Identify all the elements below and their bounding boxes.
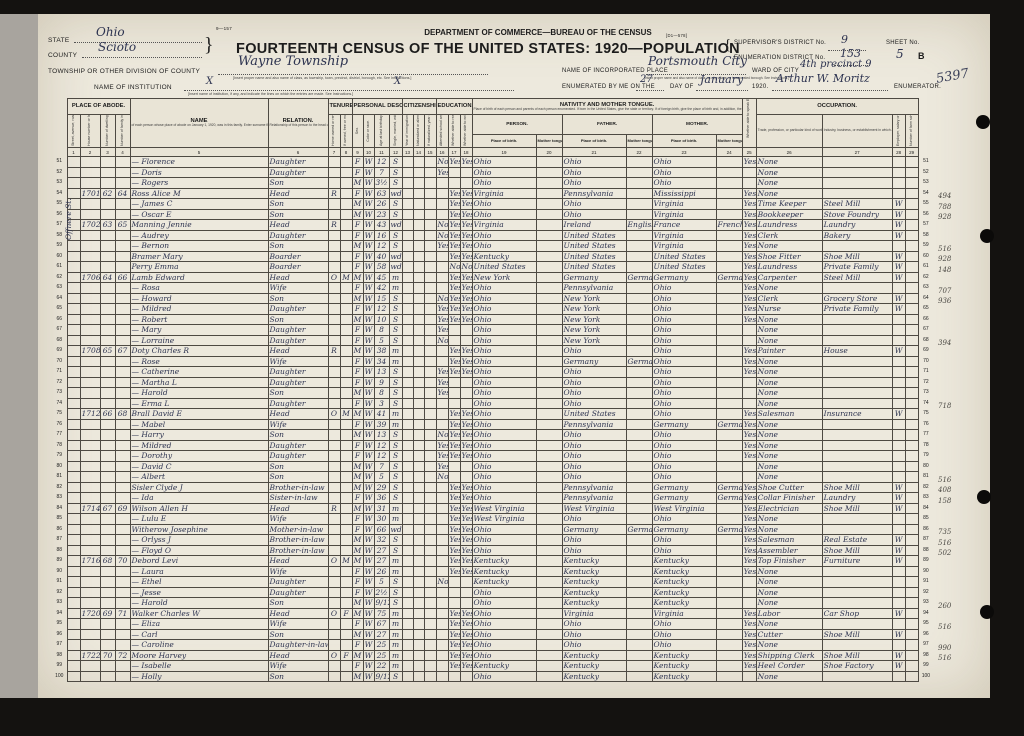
- cell-rel: Son: [268, 629, 328, 640]
- cell-sch: [436, 251, 448, 262]
- cell-mm: [716, 398, 742, 409]
- cell-sx: M: [352, 472, 363, 483]
- cell-mm: [716, 587, 742, 598]
- cell-cl: W: [363, 325, 374, 336]
- cell-ms: m: [389, 566, 402, 577]
- cell-pb: Virginia: [472, 188, 536, 199]
- cell-age: 12: [374, 440, 389, 451]
- cell-f: 66: [115, 272, 130, 283]
- cell-o: [328, 314, 340, 325]
- cell-mo: [340, 251, 352, 262]
- cell-st: [67, 535, 80, 546]
- cell-pb: Ohio: [472, 157, 536, 168]
- cell-ms: S: [389, 293, 402, 304]
- cell-fm: [626, 608, 652, 619]
- corner-right: [918, 99, 933, 157]
- cell-ms: S: [389, 545, 402, 556]
- cell-ms: S: [389, 388, 402, 399]
- cell-mm: [716, 461, 742, 472]
- cell-mm: German: [716, 493, 742, 504]
- cell-rel: Son: [268, 388, 328, 399]
- cell-fb: Kentucky: [562, 661, 626, 672]
- cell-st: [67, 556, 80, 567]
- cell-age: 13: [374, 367, 389, 378]
- cell-mb: Ohio: [652, 346, 716, 357]
- cell-sx: M: [352, 503, 363, 514]
- cell-pb: Ohio: [472, 419, 536, 430]
- cell-ny: [424, 346, 436, 357]
- cell-name: — Robert: [130, 314, 268, 325]
- col-age-header: Age at last birthday.: [374, 115, 389, 148]
- cell-ms: S: [389, 304, 402, 315]
- cell-cl: W: [363, 661, 374, 672]
- cell-oc: None: [756, 461, 822, 472]
- cell-rd: Yes: [448, 188, 460, 199]
- cell-ms: S: [389, 451, 402, 462]
- column-number: 10: [363, 148, 374, 157]
- cell-wr: Yes: [460, 503, 472, 514]
- cell-fm: [626, 493, 652, 504]
- cell-sx: M: [352, 671, 363, 682]
- cell-wr: Yes: [460, 419, 472, 430]
- enumerated-day: 27: [640, 74, 653, 85]
- cell-oc: Labor: [756, 608, 822, 619]
- cell-st: [67, 262, 80, 273]
- table-row: 6917086567Doty Charles RHeadRMW38mYesYes…: [52, 346, 933, 357]
- cell-o: [328, 440, 340, 451]
- cell-ny: [424, 377, 436, 388]
- group-mother: MOTHER.: [652, 115, 742, 135]
- cell-h: [80, 209, 100, 220]
- cell-name: — Erma L: [130, 398, 268, 409]
- row-number: 67: [918, 325, 933, 336]
- cell-wr: Yes: [460, 482, 472, 493]
- cell-age: 3: [374, 398, 389, 409]
- cell-name: — Isabelle: [130, 661, 268, 672]
- row-number: 83: [52, 493, 67, 504]
- cell-fm: [626, 629, 652, 640]
- cell-cl: W: [363, 451, 374, 462]
- cell-age: 22: [374, 661, 389, 672]
- cell-em: W: [892, 230, 905, 241]
- cell-f: [115, 671, 130, 682]
- cell-rel: Boarder: [268, 251, 328, 262]
- cell-mt: [536, 335, 562, 346]
- cell-en: Yes: [742, 661, 756, 672]
- cell-f: [115, 377, 130, 388]
- cell-sx: M: [352, 545, 363, 556]
- cell-pb: Ohio: [472, 619, 536, 630]
- cell-mt: [536, 514, 562, 525]
- cell-sx: F: [352, 304, 363, 315]
- cell-na: [413, 388, 424, 399]
- cell-name: — Caroline: [130, 640, 268, 651]
- column-number: 3: [100, 148, 115, 157]
- cell-h: [80, 619, 100, 630]
- cell-pb: Ohio: [472, 587, 536, 598]
- cell-h: 1722: [80, 650, 100, 661]
- group-nativity: NATIVITY AND MOTHER TONGUE. Place of bir…: [472, 99, 742, 115]
- cell-pb: Ohio: [472, 346, 536, 357]
- cell-ms: S: [389, 440, 402, 451]
- cell-na: [413, 157, 424, 168]
- cell-h: [80, 493, 100, 504]
- cell-h: 1701: [80, 188, 100, 199]
- cell-rd: [448, 671, 460, 682]
- cell-name: — Howard: [130, 293, 268, 304]
- row-number: 78: [52, 440, 67, 451]
- cell-f: [115, 482, 130, 493]
- row-number: 88: [52, 545, 67, 556]
- cell-sx: F: [352, 230, 363, 241]
- row-number: 68: [52, 335, 67, 346]
- cell-fm: [626, 230, 652, 241]
- cell-pb: Kentucky: [472, 661, 536, 672]
- cell-em: W: [892, 262, 905, 273]
- cell-wr: Yes: [460, 619, 472, 630]
- row-number: 76: [52, 419, 67, 430]
- cell-sch: [436, 419, 448, 430]
- cell-mo: [340, 335, 352, 346]
- cell-d: [100, 493, 115, 504]
- cell-mt: [536, 314, 562, 325]
- cell-st: [67, 377, 80, 388]
- cell-f: 67: [115, 346, 130, 357]
- cell-mt: [536, 167, 562, 178]
- cell-mt: [536, 398, 562, 409]
- cell-fs: [905, 251, 918, 262]
- cell-wr: Yes: [460, 566, 472, 577]
- state-line: [74, 32, 202, 43]
- cell-ny: [424, 241, 436, 252]
- cell-cl: W: [363, 545, 374, 556]
- cell-fm: [626, 325, 652, 336]
- cell-fs: [905, 220, 918, 231]
- cell-ny: [424, 262, 436, 273]
- cell-mo: [340, 388, 352, 399]
- col-school-header: Attended school any time since Sept. 1, …: [436, 115, 448, 148]
- cell-st: [67, 514, 80, 525]
- table-row: 5417016264Ross Alice MHeadRFW63wdYesYesV…: [52, 188, 933, 199]
- cell-fm: [626, 587, 652, 598]
- institution-note: [Insert name of institution, if any, and…: [188, 92, 353, 96]
- cell-mm: [716, 367, 742, 378]
- row-number: 84: [52, 503, 67, 514]
- cell-fb: United States: [562, 262, 626, 273]
- table-row: 6217066466Lamb EdwardHeadOMMW45mYesYesNe…: [52, 272, 933, 283]
- cell-oc: None: [756, 524, 822, 535]
- cell-en: [742, 388, 756, 399]
- cell-rd: Yes: [448, 209, 460, 220]
- cell-mo: [340, 178, 352, 189]
- column-number: 2: [80, 148, 100, 157]
- cell-ny: [424, 545, 436, 556]
- cell-mt: [536, 409, 562, 420]
- cell-cl: W: [363, 377, 374, 388]
- cell-sx: M: [352, 629, 363, 640]
- table-row: 51— FlorenceDaughterFW12SNoYesYesOhioOhi…: [52, 157, 933, 168]
- person-pob-header: Place of birth.: [472, 134, 536, 147]
- row-number: 90: [918, 566, 933, 577]
- cell-st: [67, 419, 80, 430]
- cell-fm: [626, 209, 652, 220]
- institution-label: NAME OF INSTITUTION: [94, 84, 172, 91]
- cell-fs: [905, 398, 918, 409]
- row-number: 95: [918, 619, 933, 630]
- cell-d: [100, 293, 115, 304]
- cell-fm: [626, 440, 652, 451]
- cell-o: [328, 514, 340, 525]
- cell-rd: [448, 398, 460, 409]
- cell-em: [892, 314, 905, 325]
- column-number: 17: [448, 148, 460, 157]
- cell-f: 71: [115, 608, 130, 619]
- row-number: 96: [918, 629, 933, 640]
- cell-na: [413, 650, 424, 661]
- cell-ms: m: [389, 283, 402, 294]
- cell-o: [328, 283, 340, 294]
- cell-fb: Ohio: [562, 199, 626, 210]
- cell-o: O: [328, 272, 340, 283]
- cell-na: [413, 556, 424, 567]
- cell-mo: [340, 587, 352, 598]
- district-brace: {: [724, 37, 731, 54]
- cell-ind: Stove Foundry: [822, 209, 892, 220]
- col-relation-header: RELATION. Relationship of this person to…: [268, 99, 328, 148]
- column-number: 27: [822, 148, 892, 157]
- cell-rd: Yes: [448, 241, 460, 252]
- cell-sch: [436, 503, 448, 514]
- cell-fb: United States: [562, 409, 626, 420]
- cell-wr: Yes: [460, 367, 472, 378]
- cell-f: [115, 493, 130, 504]
- cell-oc: None: [756, 188, 822, 199]
- cell-d: [100, 461, 115, 472]
- cell-ms: S: [389, 598, 402, 609]
- row-number: 99: [918, 661, 933, 672]
- doc-code: [D1—578]: [666, 33, 687, 38]
- cell-ms: m: [389, 346, 402, 357]
- cell-ind: [822, 167, 892, 178]
- cell-fs: [905, 650, 918, 661]
- state-label: STATE: [48, 37, 69, 44]
- cell-ms: m: [389, 661, 402, 672]
- enumerator-label: ENUMERATOR.: [894, 84, 941, 90]
- cell-oc: None: [756, 587, 822, 598]
- cell-em: [892, 566, 905, 577]
- cell-st: [67, 293, 80, 304]
- cell-name: — Rosa: [130, 283, 268, 294]
- cell-h: [80, 440, 100, 451]
- cell-oc: None: [756, 167, 822, 178]
- cell-mo: [340, 430, 352, 441]
- cell-sch: [436, 398, 448, 409]
- cell-ny: [424, 230, 436, 241]
- table-row: 88— Floyd OBrother-in-lawMW27SYesYesOhio…: [52, 545, 933, 556]
- cell-na: [413, 220, 424, 231]
- cell-mm: [716, 346, 742, 357]
- cell-fb: Pennsylvania: [562, 188, 626, 199]
- cell-h: [80, 262, 100, 273]
- cell-h: 1712: [80, 409, 100, 420]
- cell-fm: [626, 482, 652, 493]
- cell-ny: [424, 671, 436, 682]
- department-line: DEPARTMENT OF COMMERCE—BUREAU OF THE CEN…: [358, 28, 718, 37]
- cell-en: Yes: [742, 629, 756, 640]
- cell-ny: [424, 566, 436, 577]
- cell-ms: m: [389, 419, 402, 430]
- cell-ny: [424, 419, 436, 430]
- cell-age: 15: [374, 293, 389, 304]
- cell-ind: Furniture: [822, 556, 892, 567]
- table-row: 9417206971Walker Charles WHeadOFMW75mYes…: [52, 608, 933, 619]
- cell-name: — Albert: [130, 472, 268, 483]
- margin-number: 707: [938, 287, 951, 295]
- cell-mo: [340, 293, 352, 304]
- cell-sx: F: [352, 587, 363, 598]
- group-father: FATHER.: [562, 115, 652, 135]
- cell-im: [402, 514, 413, 525]
- table-row: 64— HowardSonMW15SNoYesYesOhioNew YorkOh…: [52, 293, 933, 304]
- row-number: 76: [918, 419, 933, 430]
- cell-fm: [626, 671, 652, 682]
- cell-age: 8: [374, 388, 389, 399]
- cell-rd: [448, 377, 460, 388]
- cell-im: [402, 157, 413, 168]
- cell-mt: [536, 608, 562, 619]
- cell-sx: M: [352, 209, 363, 220]
- cell-st: [67, 545, 80, 556]
- cell-d: [100, 661, 115, 672]
- cell-mb: Kentucky: [652, 661, 716, 672]
- cell-fb: Ohio: [562, 545, 626, 556]
- cell-d: 62: [100, 188, 115, 199]
- cell-o: [328, 419, 340, 430]
- cell-h: [80, 461, 100, 472]
- cell-age: 32: [374, 535, 389, 546]
- cell-name: Doty Charles R: [130, 346, 268, 357]
- cell-mm: [716, 566, 742, 577]
- cell-mt: [536, 661, 562, 672]
- cell-sx: F: [352, 493, 363, 504]
- film-edge-right: [990, 14, 1024, 698]
- cell-oc: None: [756, 283, 822, 294]
- cell-rel: Wife: [268, 661, 328, 672]
- cell-ms: m: [389, 514, 402, 525]
- cell-d: [100, 157, 115, 168]
- cell-im: [402, 472, 413, 483]
- table-row: 99— IsabelleWifeFW22mYesYesKentuckyKentu…: [52, 661, 933, 672]
- cell-wr: Yes: [460, 251, 472, 262]
- cell-age: 67: [374, 619, 389, 630]
- table-row: 61Perry EmmaBoarderFW58wdNoNoUnited Stat…: [52, 262, 933, 273]
- cell-age: 5: [374, 577, 389, 588]
- cell-en: Yes: [742, 314, 756, 325]
- cell-oc: Collar Finisher: [756, 493, 822, 504]
- cell-name: — Mildred: [130, 440, 268, 451]
- cell-rel: Wife: [268, 566, 328, 577]
- cell-en: Yes: [742, 535, 756, 546]
- column-number: 29: [905, 148, 918, 157]
- county-label: COUNTY: [48, 52, 77, 59]
- margin-number: 928: [938, 255, 951, 263]
- col-employer-header: Employer, salary or wage worker, or work…: [892, 115, 905, 148]
- cell-ms: S: [389, 398, 402, 409]
- cell-ind: Laundry: [822, 220, 892, 231]
- cell-rd: Yes: [448, 629, 460, 640]
- cell-pb: Ohio: [472, 335, 536, 346]
- col-color-header: Color or race.: [363, 115, 374, 148]
- column-number: 7: [328, 148, 340, 157]
- cell-cl: W: [363, 440, 374, 451]
- cell-cl: W: [363, 472, 374, 483]
- cell-age: 16: [374, 230, 389, 241]
- cell-st: [67, 482, 80, 493]
- cell-ny: [424, 388, 436, 399]
- cell-st: [67, 367, 80, 378]
- cell-fm: [626, 472, 652, 483]
- street-name-vertical: Offnere St.: [64, 154, 73, 240]
- cell-o: [328, 535, 340, 546]
- cell-wr: [460, 461, 472, 472]
- cell-mb: Ohio: [652, 629, 716, 640]
- cell-mb: Kentucky: [652, 566, 716, 577]
- cell-na: [413, 524, 424, 535]
- cell-im: [402, 304, 413, 315]
- cell-en: Yes: [742, 440, 756, 451]
- column-number: 6: [268, 148, 328, 157]
- cell-mm: [716, 325, 742, 336]
- cell-mt: [536, 472, 562, 483]
- row-number: 55: [918, 199, 933, 210]
- cell-en: Yes: [742, 157, 756, 168]
- cell-name: — Floyd O: [130, 545, 268, 556]
- column-number: 26: [756, 148, 822, 157]
- hole-punch-icon: [977, 490, 991, 504]
- column-number: 16: [436, 148, 448, 157]
- group-education: EDUCATION.: [436, 99, 472, 115]
- cell-mb: Virginia: [652, 230, 716, 241]
- cell-h: [80, 419, 100, 430]
- cell-oc: Salesman: [756, 535, 822, 546]
- cell-o: O: [328, 409, 340, 420]
- cell-f: [115, 629, 130, 640]
- cell-cl: W: [363, 304, 374, 315]
- cell-name: — Mabel: [130, 419, 268, 430]
- cell-oc: None: [756, 671, 822, 682]
- cell-mm: [716, 241, 742, 252]
- cell-ind: [822, 283, 892, 294]
- cell-rd: Yes: [448, 556, 460, 567]
- table-row: 5717026365Manning JennieHeadRFW43wdNoYes…: [52, 220, 933, 231]
- cell-mm: [716, 199, 742, 210]
- cell-mm: [716, 535, 742, 546]
- cell-rd: Yes: [448, 230, 460, 241]
- cell-fs: [905, 440, 918, 451]
- cell-oc: Assembler: [756, 545, 822, 556]
- cell-em: W: [892, 272, 905, 283]
- cell-im: [402, 671, 413, 682]
- cell-age: 38: [374, 346, 389, 357]
- cell-cl: W: [363, 398, 374, 409]
- cell-sx: F: [352, 335, 363, 346]
- cell-wr: Yes: [460, 629, 472, 640]
- cell-o: [328, 619, 340, 630]
- cell-wr: Yes: [460, 409, 472, 420]
- cell-mm: [716, 377, 742, 388]
- cell-fb: Kentucky: [562, 556, 626, 567]
- row-number: 94: [918, 608, 933, 619]
